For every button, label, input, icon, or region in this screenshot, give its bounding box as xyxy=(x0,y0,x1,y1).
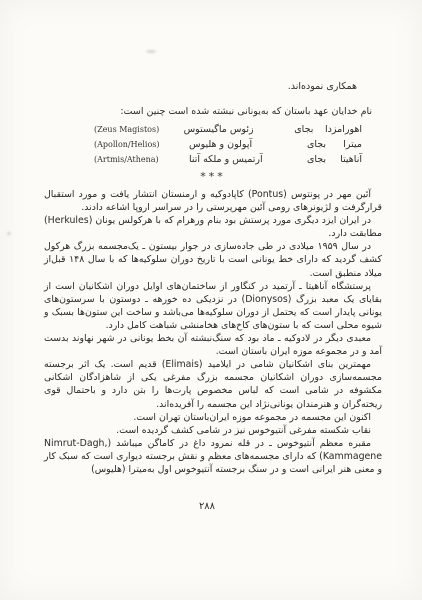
god-latin-name: (Apollon/Helios) xyxy=(94,137,189,152)
table-row: (Artmis/Athena) آرتمیس و ملکه آتنا بجای … xyxy=(44,152,382,167)
body-paragraph: آئین مهر در پونتوس (Pontus) کاپادوکیه و … xyxy=(44,188,382,214)
god-iranian-name: اهورامزدا xyxy=(325,122,362,137)
god-greek-name: آرتمیس و ملکه آتنا xyxy=(189,152,294,167)
body-paragraph: اکنون این مجسمه در مجموعه موزه ایران‌باس… xyxy=(44,411,382,424)
body-paragraph: پرستشگاه آناهیتا ـ آرتمید در کنگاور از س… xyxy=(44,280,382,332)
scanned-book-page: همکاری نموده‌اند. نام خدایان عهد باستان … xyxy=(0,0,422,600)
body-paragraph: در ایران ایزد دیگری مورد پرستش بود بنام … xyxy=(44,214,382,240)
text-block: همکاری نموده‌اند. نام خدایان عهد باستان … xyxy=(44,80,382,476)
paragraph-continuation: همکاری نموده‌اند. xyxy=(44,80,357,93)
body-paragraph: معبدی دیگر در لادوکیه ـ ماد بود که سنگ‌ن… xyxy=(44,332,382,358)
page-number: ۲۸۸ xyxy=(0,501,414,512)
god-latin-name: (Zeus Magistos) xyxy=(94,122,184,137)
body-paragraph: نقاب شکسته مفرغی آنتیوخوس نیز در شامی کش… xyxy=(44,424,382,437)
god-greek-name: زئوس ماگیستوس xyxy=(184,122,283,137)
table-row: (Zeus Magistos) زئوس ماگیستوس بجای اهورا… xyxy=(44,122,382,137)
instead-of-label: بجای xyxy=(294,137,339,152)
section-divider: *** xyxy=(44,170,382,183)
table-row: (Apollon/Helios) آپولون و هلیوس بجای میت… xyxy=(44,137,382,152)
god-greek-name: آپولون و هلیوس xyxy=(189,137,294,152)
god-iranian-name: میترا xyxy=(339,137,362,152)
scan-artifact xyxy=(7,232,11,235)
instead-of-label: بجای xyxy=(294,152,339,167)
scan-artifact xyxy=(146,50,156,53)
god-iranian-name: آناهیتا xyxy=(339,152,362,167)
body-paragraph: در سال ۱۹۵۹ میلادی در طی جاده‌سازی در جو… xyxy=(44,240,382,279)
body-paragraph: مهمترین بنای اشکانیان شامی در ایلامید (E… xyxy=(44,358,382,410)
god-latin-name: (Artmis/Athena) xyxy=(94,152,189,167)
gods-correspondence-table: (Zeus Magistos) زئوس ماگیستوس بجای اهورا… xyxy=(44,122,382,167)
gods-intro-line: نام خدایان عهد باستان که به‌یونانی نبشته… xyxy=(44,105,382,119)
body-paragraph: مقبره معظم آنتیوخوس ـ در قله نمرود داغ د… xyxy=(44,437,382,476)
instead-of-label: بجای xyxy=(283,122,325,137)
